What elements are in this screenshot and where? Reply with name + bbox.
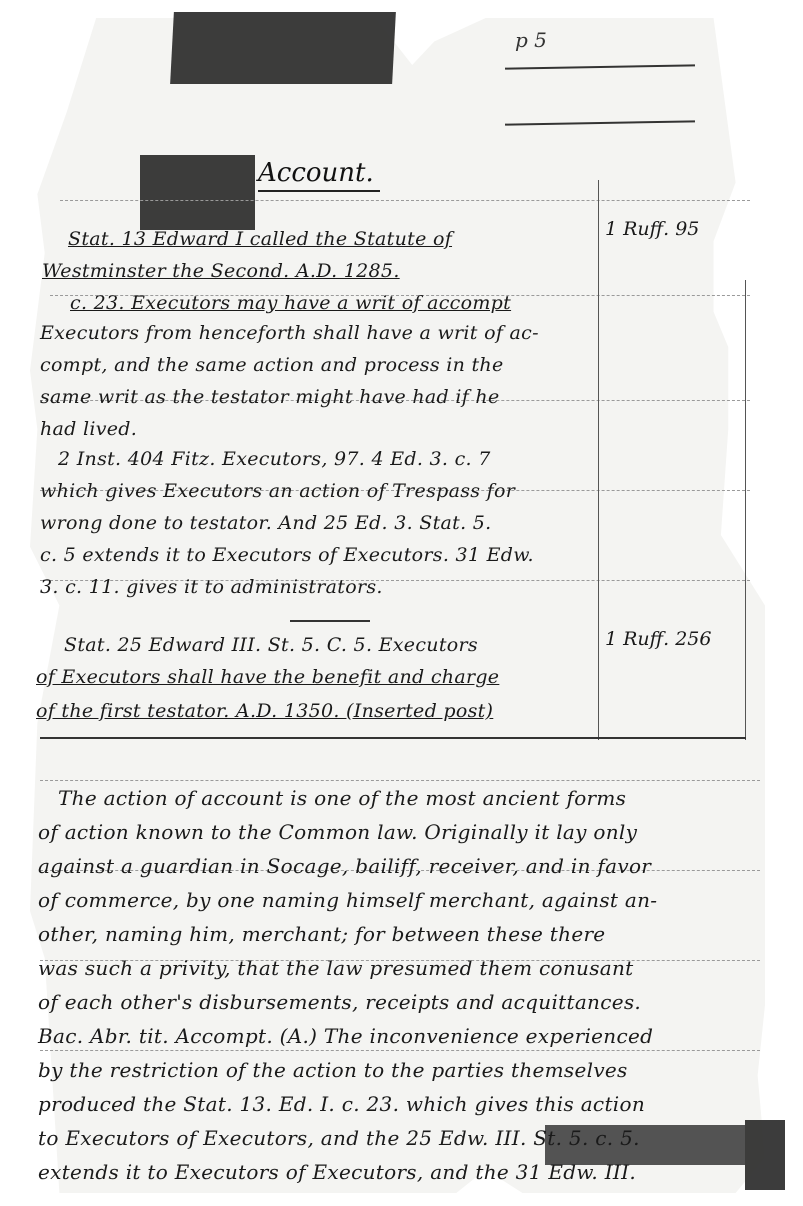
margin-column-line: [598, 180, 599, 740]
body-line: by the restriction of the action to the …: [38, 1058, 628, 1082]
dark-stain-top: [170, 12, 396, 84]
section2-line: of Executors shall have the benefit and …: [36, 666, 499, 688]
section1-line: Executors from henceforth shall have a w…: [40, 322, 539, 344]
body-line: was such a privity, that the law presume…: [38, 956, 634, 980]
margin-citation: 1 Ruff. 256: [605, 628, 711, 650]
body-line: to Executors of Executors, and the 25 Ed…: [38, 1126, 640, 1150]
page-number: p 5: [515, 28, 547, 52]
dark-stain-bottom-right: [745, 1120, 785, 1190]
section1-line: c. 5 extends it to Executors of Executor…: [40, 544, 534, 566]
dark-stain-left: [140, 155, 255, 230]
section1-line: Westminster the Second. A.D. 1285.: [42, 260, 400, 282]
body-line: extends it to Executors of Executors, an…: [38, 1160, 636, 1184]
body-line: of each other's disbursements, receipts …: [38, 990, 641, 1014]
section1-line: had lived.: [40, 418, 137, 440]
section1-line: 3. c. 11. gives it to administrators.: [40, 576, 383, 598]
section1-line: compt, and the same action and process i…: [40, 354, 504, 376]
body-line: of commerce, by one naming himself merch…: [38, 888, 657, 912]
section1-line: Stat. 13 Edward I called the Statute of: [68, 228, 452, 250]
body-line: produced the Stat. 13. Ed. I. c. 23. whi…: [38, 1092, 645, 1116]
ruled-line: [40, 780, 760, 781]
body-line: against a guardian in Socage, bailiff, r…: [38, 854, 651, 878]
section2-line: Stat. 25 Edward III. St. 5. C. 5. Execut…: [64, 634, 478, 656]
section1-line: wrong done to testator. And 25 Ed. 3. St…: [40, 512, 491, 534]
document-title: Account.: [258, 158, 380, 192]
body-line: The action of account is one of the most…: [58, 786, 626, 810]
body-line: Bac. Abr. tit. Accompt. (A.) The inconve…: [38, 1024, 653, 1048]
section1-line: c. 23. Executors may have a writ of acco…: [70, 292, 511, 314]
short-divider: [290, 620, 370, 622]
ruled-line: [40, 1050, 760, 1051]
section1-line: which gives Executors an action of Tresp…: [40, 480, 515, 502]
margin-column-line-right: [745, 280, 746, 740]
margin-citation: 1 Ruff. 95: [605, 218, 699, 240]
body-line: of action known to the Common law. Origi…: [38, 820, 637, 844]
section1-line: same writ as the testator might have had…: [40, 386, 499, 408]
section2-line: of the first testator. A.D. 1350. (Inser…: [36, 700, 493, 722]
ruled-line: [60, 200, 750, 201]
section1-line: 2 Inst. 404 Fitz. Executors, 97. 4 Ed. 3…: [58, 448, 491, 470]
section-divider: [40, 737, 746, 739]
body-line: other, naming him, merchant; for between…: [38, 922, 605, 946]
